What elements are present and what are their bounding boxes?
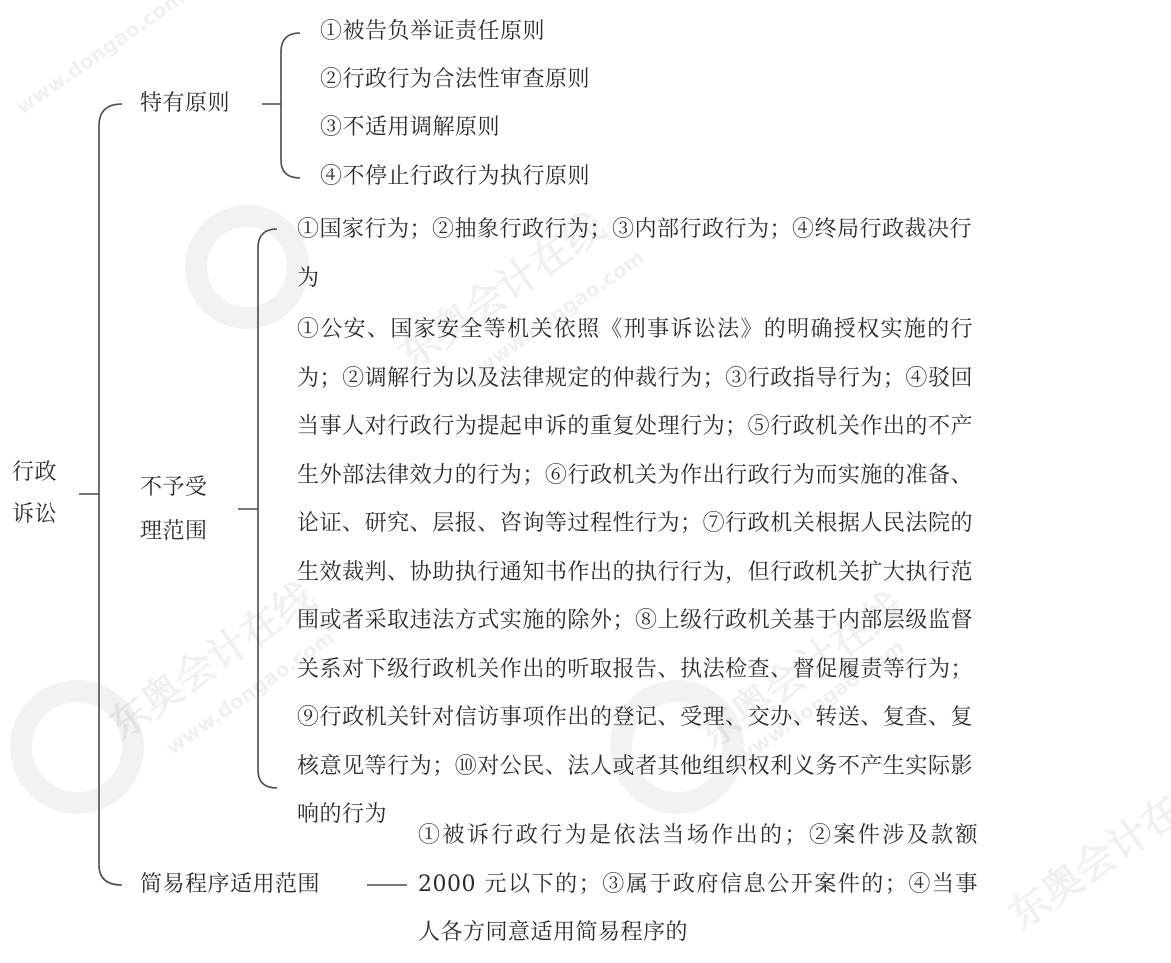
principle-item: ②行政行为合法性审查原则 (320, 56, 590, 105)
principle-item: ①被告负举证责任原则 (320, 8, 545, 57)
not-accepted-item: ①国家行为；②抽象行政行为；③内部行政行为；④终局行政裁决行为 (297, 206, 973, 303)
summary-procedure-item: ①被诉行政行为是依法当场作出的；②案件涉及款额 2000 元以下的；③属于政府信… (418, 812, 978, 958)
root-node: 行政 诉讼 (12, 452, 57, 536)
principle-item: ④不停止行政行为执行原则 (320, 153, 590, 202)
branch-special-principles: 特有原则 (140, 80, 230, 129)
branch-summary-procedure-scope: 简易程序适用范围 (140, 861, 320, 910)
not-accepted-item: ①公安、国家安全等机关依照《刑事诉讼法》的明确授权实施的行为；②调解行为以及法律… (297, 306, 973, 840)
root-label-line1: 行政 (12, 452, 57, 494)
principle-item: ③不适用调解原则 (320, 104, 500, 153)
branch-label-line2: 理范围 (140, 510, 208, 554)
root-label-line2: 诉讼 (12, 494, 57, 536)
branch-label-line1: 不予受 (140, 466, 208, 510)
branch-not-accepted-scope: 不予受 理范围 (140, 466, 208, 554)
